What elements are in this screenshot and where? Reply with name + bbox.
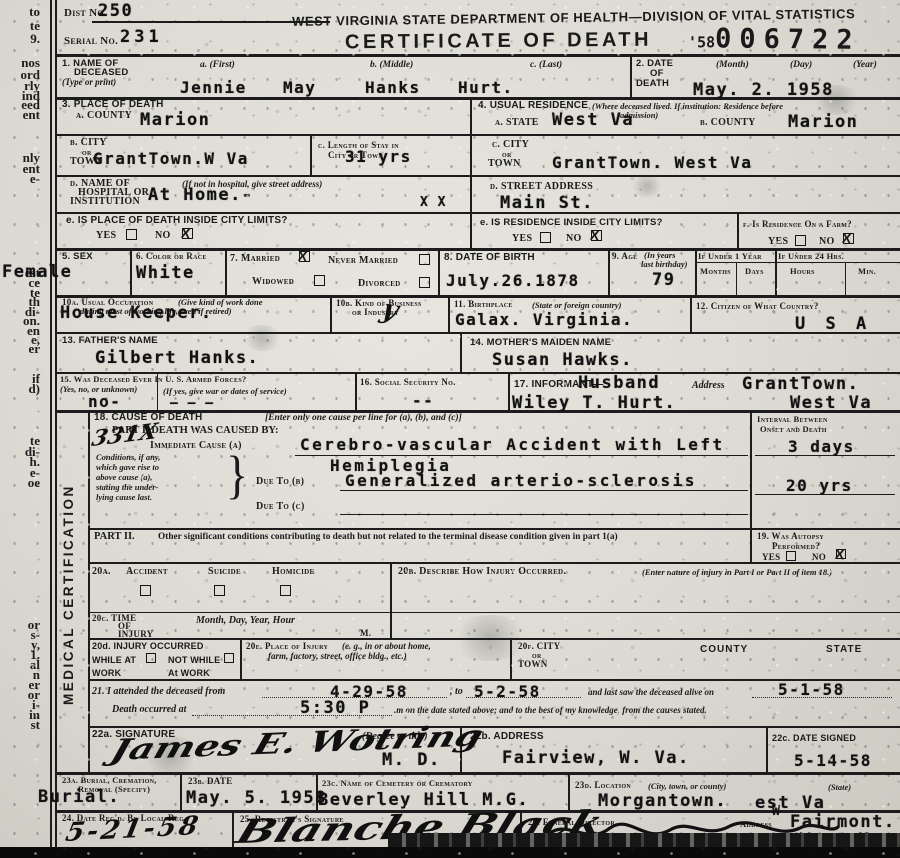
margin-fragment: d) bbox=[0, 381, 46, 397]
burial-date-label: 23b. DATE bbox=[188, 776, 233, 786]
stamp-prefix: '58 bbox=[688, 33, 715, 51]
conditions-note-4: stating the under- bbox=[96, 482, 158, 492]
citizen-label: 12. Citizen of What Country? bbox=[696, 301, 819, 311]
stray-marks: X X bbox=[420, 195, 446, 210]
death-time-value: 5:30 P bbox=[300, 698, 370, 718]
divider bbox=[225, 248, 227, 295]
checkbox-never-married bbox=[419, 254, 430, 265]
20d-label: 20d. INJURY OCCURRED bbox=[92, 641, 204, 651]
date-of-death-label-3: DEATH bbox=[636, 78, 669, 89]
date-of-birth-value: July.26.1878 bbox=[446, 271, 580, 290]
margin-rule bbox=[55, 0, 57, 858]
months-label: Months bbox=[700, 266, 731, 276]
father-name-value: Gilbert Hanks. bbox=[95, 348, 259, 368]
street-address-label: d. STREET ADDRESS bbox=[490, 181, 593, 192]
checkbox-married-checked: X bbox=[299, 251, 310, 262]
divider bbox=[695, 248, 697, 295]
married-label: 7. Married bbox=[230, 253, 280, 264]
divider bbox=[355, 372, 357, 410]
death-city-limits-no: NO bbox=[155, 230, 171, 241]
last-name-label: c. (Last) bbox=[530, 60, 562, 70]
accident-label: Accident bbox=[126, 566, 168, 577]
due-to-c-label: Due To (c) bbox=[256, 501, 305, 512]
divider bbox=[57, 134, 900, 136]
divider bbox=[845, 262, 846, 295]
sex-value: Female bbox=[2, 262, 72, 282]
20f-state-label: STATE bbox=[826, 644, 862, 655]
cause-of-death-bracket: [Enter only one cause per line for (a), … bbox=[265, 413, 462, 423]
father-name-label: 13. FATHER'S NAME bbox=[62, 335, 158, 346]
conditions-note-1: Conditions, if any, bbox=[96, 452, 160, 462]
state-label: a. STATE bbox=[495, 117, 539, 128]
margin-fragment: st bbox=[0, 717, 46, 733]
divider bbox=[88, 612, 900, 613]
divider bbox=[460, 332, 462, 372]
checkbox-accident bbox=[140, 585, 151, 596]
informant-address-value-1: GrantTown. bbox=[742, 374, 859, 394]
x-mark: X bbox=[180, 225, 191, 242]
farm-yes: YES bbox=[768, 236, 788, 247]
divider bbox=[438, 248, 440, 295]
divider bbox=[310, 134, 312, 175]
checkbox-farm-yes bbox=[795, 235, 806, 246]
x-mark: X bbox=[834, 546, 845, 563]
checkbox-residence-limits-yes bbox=[540, 232, 551, 243]
informant-address-value-2: West Va bbox=[790, 393, 872, 413]
smudge bbox=[630, 175, 664, 197]
informant-name-value: Wiley T. Hurt. bbox=[512, 393, 676, 413]
mother-name-value: Susan Hawks. bbox=[492, 350, 633, 370]
last-saw-alive-text: and last saw the deceased alive on bbox=[588, 687, 714, 697]
checkbox-not-while-at-work bbox=[224, 653, 234, 663]
residence-city-value: GrantTown. West Va bbox=[552, 153, 752, 172]
hospital-value: At Home.- bbox=[148, 185, 254, 205]
20c-m-label: M. bbox=[360, 628, 371, 638]
checkbox-widowed bbox=[314, 275, 325, 286]
burial-value: Burial. bbox=[38, 787, 120, 807]
x-mark: X bbox=[589, 227, 600, 244]
due-to-b-label: Due To (b) bbox=[256, 476, 304, 487]
middle-name-value: May bbox=[283, 78, 316, 97]
divider bbox=[130, 248, 132, 295]
checkbox-residence-limits-no-checked: X bbox=[591, 230, 602, 241]
armed-forces-value: no- bbox=[88, 392, 121, 411]
armed-forces-label: 15. Was Deceased Ever In U. S. Armed For… bbox=[60, 374, 247, 384]
20c-sub-label: Month, Day, Year, Hour bbox=[196, 615, 295, 626]
divider bbox=[736, 262, 737, 295]
cause-c-line bbox=[340, 514, 748, 515]
armed-forces-dashes: — — — bbox=[170, 396, 214, 411]
residence-limits-yes: YES bbox=[512, 233, 532, 244]
checkbox-farm-no-checked: X bbox=[843, 233, 854, 244]
attended-to-value: 5-2-58 bbox=[474, 682, 541, 701]
birthplace-sub: (State or foreign country) bbox=[532, 300, 622, 310]
divider bbox=[775, 262, 900, 263]
place-of-death-label: 3. PLACE OF DEATH bbox=[62, 99, 164, 110]
20e-sub-2: farm, factory, street, office bldg., etc… bbox=[268, 651, 407, 661]
conditions-brace: } bbox=[226, 444, 248, 505]
checkbox-suicide bbox=[214, 585, 225, 596]
month-label: (Month) bbox=[716, 60, 749, 70]
race-label: 6. Color or Race bbox=[136, 251, 207, 261]
part-2-text: Other significant conditions contributin… bbox=[158, 532, 618, 542]
citizen-value: U S A bbox=[795, 314, 871, 334]
divider bbox=[775, 248, 777, 295]
checkbox-autopsy-no-checked: X bbox=[836, 549, 846, 559]
attended-text: 21. I attended the deceased from bbox=[92, 686, 225, 697]
city-value: GrantTown.W Va bbox=[93, 149, 249, 168]
location-sub-label: (City, town, or county) bbox=[648, 781, 726, 791]
residence-city-limits-label: e. IS RESIDENCE INSIDE CITY LIMITS? bbox=[480, 217, 663, 228]
serial-no-label: Serial No. bbox=[64, 35, 118, 47]
divider bbox=[57, 212, 900, 214]
autopsy-no: NO bbox=[812, 552, 826, 562]
age-value: 79 bbox=[652, 270, 675, 290]
year-label: (Year) bbox=[853, 60, 877, 70]
age-label: 9. Age bbox=[612, 251, 637, 261]
residence-county-value: Marion bbox=[788, 112, 858, 132]
checkbox-death-limits-yes bbox=[126, 229, 137, 240]
autopsy-label-1: 19. Was Autopsy bbox=[757, 531, 824, 541]
interval-b-value: 20 yrs bbox=[786, 476, 853, 495]
sex-label: 5. SEX bbox=[62, 251, 93, 262]
informant-relation-value: Husband bbox=[578, 373, 660, 393]
cause-b-value: Generalized arterio-sclerosis bbox=[345, 471, 697, 490]
homicide-label: Homicide bbox=[272, 566, 314, 577]
20f-county-label: COUNTY bbox=[700, 644, 748, 655]
residence-farm-label: f. Is Residence On a Farm? bbox=[743, 219, 852, 229]
20b-sub-label: (Enter nature of injury in Part I or Par… bbox=[642, 567, 832, 577]
scan-black-bar bbox=[0, 847, 900, 858]
divider bbox=[470, 97, 472, 248]
checkbox-death-limits-no-checked: X bbox=[182, 228, 193, 239]
first-name-value: Jennie bbox=[180, 78, 247, 97]
ssn-label: 16. Social Security No. bbox=[360, 377, 456, 387]
serial-no-value: 231 bbox=[120, 27, 163, 47]
divider bbox=[695, 262, 775, 263]
death-statement-text: .m on the date stated above; and to the … bbox=[394, 705, 707, 715]
divider bbox=[690, 295, 692, 332]
age-sub-2: last birthday) bbox=[641, 259, 688, 269]
medical-certification-label: MEDICAL CERTIFICATION bbox=[61, 425, 83, 765]
under-24-hrs-label: If Under 24 Hrs. bbox=[778, 251, 844, 261]
occupation-value: House Keeper. bbox=[60, 303, 213, 323]
location-label: 23d. Location bbox=[575, 780, 631, 790]
farm-no: NO bbox=[819, 236, 835, 247]
middle-name-label: b. (Middle) bbox=[370, 60, 413, 70]
county-value: Marion bbox=[140, 110, 210, 130]
certificate-title: CERTIFICATE OF DEATH bbox=[345, 29, 652, 55]
days-label: Days bbox=[745, 266, 764, 276]
birthplace-value: Galax. Virginia. bbox=[455, 310, 633, 329]
death-certificate-scan: to te 9. nos ord rly ind eed ent nly ent… bbox=[0, 0, 900, 858]
divider bbox=[88, 528, 900, 530]
residence-limits-no: NO bbox=[566, 233, 582, 244]
street-address-value: Main St. bbox=[500, 193, 594, 213]
divorced-label: Divorced bbox=[358, 278, 401, 289]
race-value: White bbox=[136, 263, 195, 283]
autopsy-yes: YES bbox=[762, 552, 780, 562]
never-married-label: Never Married bbox=[328, 255, 398, 266]
conditions-note-3: above cause (a), bbox=[96, 472, 152, 482]
attended-to-label: , to bbox=[450, 686, 463, 697]
cemetery-label: 23c. Name of Cemetery or Crematory bbox=[322, 778, 473, 788]
divider bbox=[766, 726, 768, 772]
divider bbox=[240, 638, 242, 679]
date-of-birth-label: 8. DATE OF BIRTH bbox=[444, 252, 535, 263]
min-label: Min. bbox=[858, 266, 876, 276]
name-sub-label: (Type or print) bbox=[62, 77, 116, 87]
x-mark: X bbox=[297, 248, 308, 265]
divider bbox=[508, 372, 510, 410]
divider bbox=[88, 562, 900, 564]
margin-fragment: oe bbox=[0, 475, 46, 491]
informant-address-label: Address bbox=[692, 380, 725, 391]
divider bbox=[630, 54, 632, 97]
hours-label: Hours bbox=[790, 266, 815, 276]
divider bbox=[750, 410, 752, 562]
interval-header-2: Onset and Death bbox=[760, 424, 827, 434]
20c-label-3: INJURY bbox=[118, 629, 153, 639]
location-state-label: (State) bbox=[828, 782, 851, 792]
death-occurred-text: Death occurred at bbox=[112, 704, 186, 715]
x-mark: X bbox=[841, 230, 852, 247]
cause-b-line bbox=[340, 490, 748, 491]
20d-not-while: NOT WHILE bbox=[168, 655, 220, 665]
ssn-value: -- bbox=[412, 391, 434, 410]
divider bbox=[88, 410, 90, 772]
20e-label: 20e. Place of Injury bbox=[246, 641, 328, 651]
checkbox-divorced bbox=[419, 277, 430, 288]
divider bbox=[390, 562, 392, 638]
interval-header-1: Interval Between bbox=[757, 414, 828, 424]
part-2-label: PART II. bbox=[94, 531, 135, 542]
divider bbox=[88, 726, 900, 728]
date-received-value: 5-21-58 bbox=[63, 811, 204, 848]
divider bbox=[180, 772, 182, 810]
hospital-label-3: INSTITUTION bbox=[70, 196, 140, 207]
first-name-label: a. (First) bbox=[200, 60, 235, 70]
birthplace-label: 11. Birthplace bbox=[454, 299, 513, 309]
burial-date-value: May. 5. 1958 bbox=[186, 788, 327, 808]
stamp-number: 006722 bbox=[715, 23, 861, 56]
margin-fragment: 9. bbox=[0, 31, 46, 47]
physician-address-value: Fairview, W. Va. bbox=[502, 748, 690, 768]
20a-label: 20a. bbox=[92, 566, 111, 577]
residence-county-label: b. COUNTY bbox=[700, 117, 756, 128]
divider bbox=[330, 295, 332, 332]
checkbox-homicide bbox=[280, 585, 291, 596]
checkbox-while-at-work bbox=[146, 653, 156, 663]
state-value: West Va bbox=[552, 110, 634, 130]
date-of-death-value: May. 2. 1958 bbox=[693, 80, 834, 100]
county-label: a. COUNTY bbox=[76, 110, 132, 121]
date-signed-value: 5-14-58 bbox=[794, 751, 872, 770]
autopsy-label-2: Performed? bbox=[772, 541, 820, 551]
divider bbox=[57, 332, 900, 334]
maiden-name-value: Hanks bbox=[365, 78, 421, 97]
divider bbox=[57, 175, 900, 177]
suicide-label: Suicide bbox=[208, 566, 241, 577]
day-label: (Day) bbox=[790, 60, 812, 70]
interval-a-value: 3 days bbox=[788, 437, 855, 456]
location-value-1: Morgantown. bbox=[598, 791, 727, 811]
smudge bbox=[450, 615, 530, 661]
margin-fragment: e- bbox=[0, 171, 46, 187]
divider bbox=[608, 248, 610, 295]
under-1-year-label: If Under 1 Year bbox=[698, 251, 762, 261]
conditions-note-5: lying cause last. bbox=[96, 492, 152, 502]
divider bbox=[737, 212, 739, 248]
20e-sub-1: (e. g., in or about home, bbox=[342, 641, 431, 651]
residence-city-town: TOWN bbox=[488, 158, 521, 169]
20d-while-at: WHILE AT bbox=[92, 655, 136, 665]
20f-town: TOWN bbox=[518, 659, 548, 669]
cause-a-line-1: Cerebro-vascular Accident with Left bbox=[300, 435, 725, 454]
certificate-number-stamp: '58006722 bbox=[688, 23, 861, 56]
margin-rule bbox=[50, 0, 52, 858]
armed-forces-sub-2: (If yes, give war or dates of service) bbox=[163, 386, 287, 396]
length-of-stay-value: 31 yrs bbox=[345, 147, 412, 166]
divider bbox=[448, 295, 450, 332]
20d-at-work: At WORK bbox=[168, 668, 210, 678]
widowed-label: Widowed bbox=[252, 276, 294, 287]
margin-fragment: er bbox=[0, 341, 46, 357]
dist-no-value: 250 bbox=[98, 1, 133, 21]
20b-label: 20b. Describe How Injury Occurred. bbox=[398, 566, 566, 577]
conditions-note-2: which gave rise to bbox=[96, 462, 159, 472]
last-name-value: Hurt. bbox=[458, 78, 514, 97]
checkbox-autopsy-yes bbox=[786, 551, 796, 561]
last-alive-value: 5-1-58 bbox=[778, 680, 845, 699]
death-city-limits-yes: YES bbox=[96, 230, 116, 241]
20d-work: WORK bbox=[92, 668, 121, 678]
date-signed-label: 22c. DATE SIGNED bbox=[772, 733, 856, 743]
margin-fragment: ent bbox=[0, 107, 46, 123]
death-city-limits-label: e. IS PLACE OF DEATH INSIDE CITY LIMITS? bbox=[66, 215, 288, 226]
mother-name-label: 14. MOTHER'S MAIDEN NAME bbox=[470, 337, 611, 348]
